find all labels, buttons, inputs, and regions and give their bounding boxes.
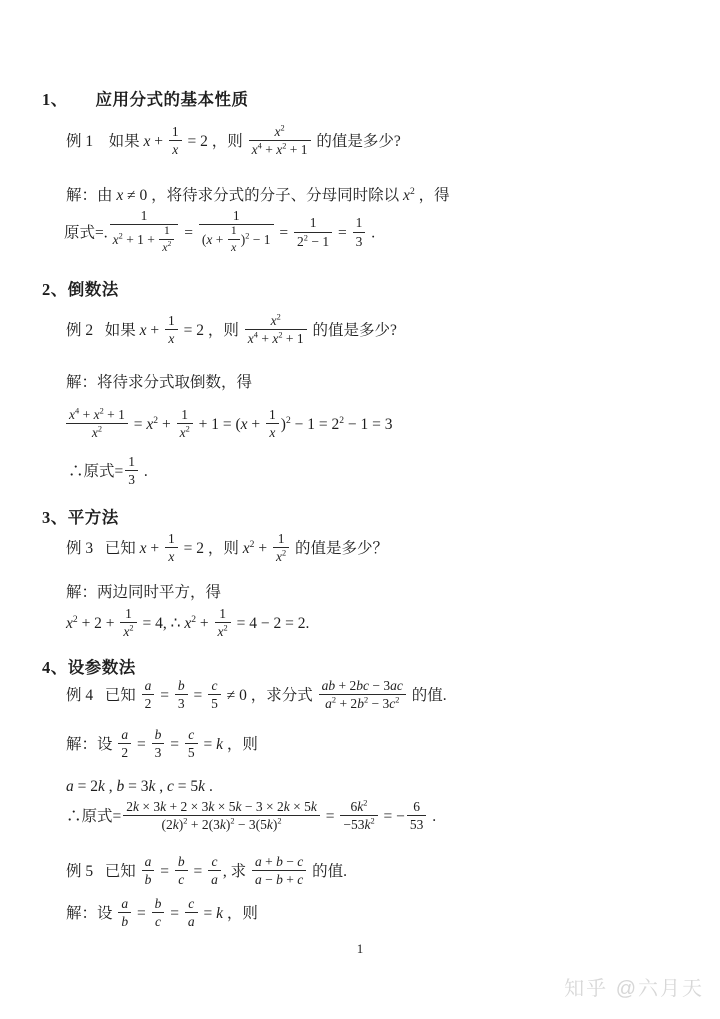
watermark: 知乎 @六月天 xyxy=(564,972,704,1001)
fraction: b3 xyxy=(152,727,165,760)
fraction: a2 xyxy=(118,727,131,760)
fraction: ca xyxy=(185,896,198,929)
formula-3: x2 + 2 + 1x2 = 4, ∴ x2 + 1x2 = 4 − 2 = 2… xyxy=(66,608,309,641)
substitution-4: a = 2k , b = 3k , c = 5k . xyxy=(66,776,213,798)
example-4-statement: 例 4 已知 a2 = b3 = c5 ≠ 0 ，求分式 ab + 2bc − … xyxy=(66,680,447,713)
fraction: ca xyxy=(208,854,221,887)
fraction: a + b − ca − b + c xyxy=(252,854,306,887)
page-number: 1 xyxy=(0,941,720,957)
fraction: c5 xyxy=(185,727,198,760)
fraction: x2x4 + x2 + 1 xyxy=(249,124,311,157)
formula-2: x4 + x2 + 1x2 = x2 + 1x2 + 1 = (x + 1x)2… xyxy=(64,409,393,442)
fraction: 1x2 + 1 + 1x2 xyxy=(110,208,179,256)
fraction: x4 + x2 + 1x2 xyxy=(66,407,128,440)
section-3-heading: 3、平方法 xyxy=(42,506,119,530)
fraction: 6k2−53k2 xyxy=(340,799,377,832)
fraction: 13 xyxy=(353,215,366,248)
fraction: bc xyxy=(152,896,165,929)
fraction: 1(x + 1x)2 − 1 xyxy=(199,208,274,256)
fraction: 1x2 xyxy=(177,407,193,440)
document-page: 1、 应用分式的基本性质例 1 如果 x + 1x = 2 ，则 x2x4 + … xyxy=(0,0,720,1019)
formula-4: ∴原式=2k × 3k + 2 × 3k × 5k − 3 × 2k × 5k(… xyxy=(66,801,436,834)
fraction: c5 xyxy=(208,678,221,711)
fraction: 1x xyxy=(165,531,178,564)
example-3-statement: 例 3 已知 x + 1x = 2 ，则 x2 + 1x2 的值是多少？ xyxy=(66,533,388,566)
fraction: 1x xyxy=(165,313,178,346)
fraction: 2k × 3k + 2 × 3k × 5k − 3 × 2k × 5k(2k)2… xyxy=(123,799,320,832)
example-5-statement: 例 5 已知 ab = bc = ca, 求 a + b − ca − b + … xyxy=(66,856,347,889)
solution-5-text: 解：设 ab = bc = ca = k ，则 xyxy=(66,898,258,931)
section-1-heading: 1、 应用分式的基本性质 xyxy=(42,88,249,112)
section-2-heading: 2、倒数法 xyxy=(42,278,119,302)
fraction: b3 xyxy=(175,678,188,711)
formula-1: 原式=.1x2 + 1 + 1x2 = 1(x + 1x)2 − 1 = 122… xyxy=(64,210,375,258)
fraction: 1x xyxy=(169,124,182,157)
solution-2-text: 解：将待求分式取倒数，得 xyxy=(66,372,252,394)
fraction: ab xyxy=(118,896,131,929)
fraction: 1x2 xyxy=(215,606,231,639)
solution-3-text: 解：两边同时平方，得 xyxy=(66,582,221,604)
section-4-heading: 4、设参数法 xyxy=(42,656,136,680)
fraction: 1x2 xyxy=(120,606,136,639)
solution-4-text: 解：设 a2 = b3 = c5 = k ，则 xyxy=(66,729,258,762)
solution-1-text: 解：由 x ≠ 0 ，将待求分式的分子、分母同时除以 x2 ，得 xyxy=(66,185,450,207)
example-1-statement: 例 1 如果 x + 1x = 2 ，则 x2x4 + x2 + 1 的值是多少… xyxy=(66,126,401,159)
fraction: 1x xyxy=(266,407,279,440)
example-2-statement: 例 2 如果 x + 1x = 2 ，则 x2x4 + x2 + 1 的值是多少… xyxy=(66,315,397,348)
fraction: 653 xyxy=(407,799,427,832)
fraction: x2x4 + x2 + 1 xyxy=(245,313,307,346)
fraction: 122 − 1 xyxy=(294,215,332,248)
fraction: bc xyxy=(175,854,188,887)
fraction: ab xyxy=(142,854,155,887)
conclusion-2: ∴原式=13 . xyxy=(68,456,148,489)
fraction: 13 xyxy=(125,454,138,487)
fraction: a2 xyxy=(142,678,155,711)
fraction: 1x2 xyxy=(159,224,174,254)
fraction: 1x2 xyxy=(273,531,289,564)
document-content: 1、 应用分式的基本性质例 1 如果 x + 1x = 2 ，则 x2x4 + … xyxy=(0,0,720,1019)
fraction: ab + 2bc − 3aca2 + 2b2 − 3c2 xyxy=(319,678,406,711)
fraction: 1x xyxy=(228,224,240,254)
